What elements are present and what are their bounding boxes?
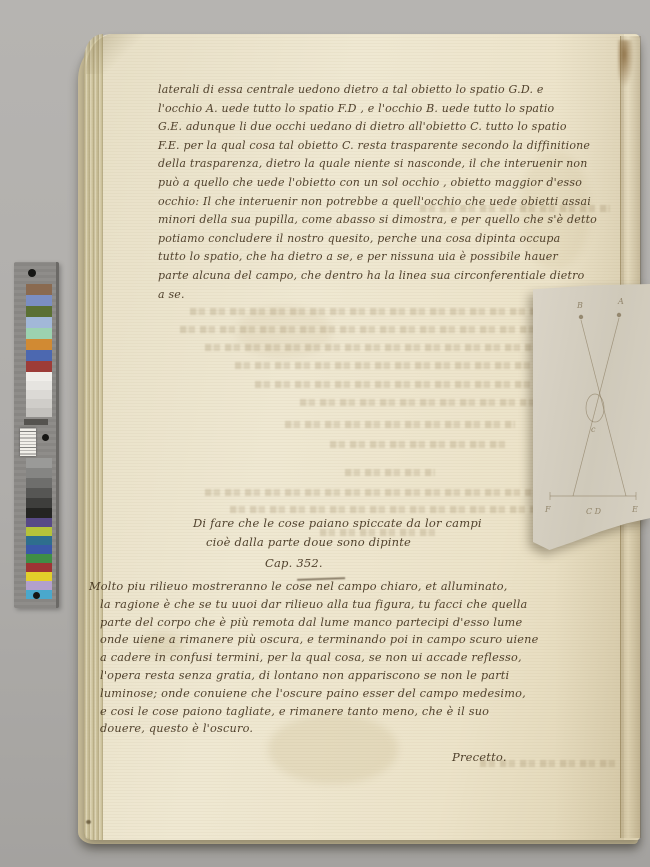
color-swatch bbox=[26, 527, 52, 536]
bleedthrough-line bbox=[330, 441, 510, 448]
color-swatch bbox=[26, 458, 52, 468]
chapter-number: Cap. 352. bbox=[265, 554, 533, 573]
diagram-label-b: B bbox=[576, 301, 583, 310]
color-swatch bbox=[26, 408, 52, 417]
color-swatch bbox=[26, 468, 52, 478]
bleedthrough-line bbox=[345, 469, 435, 476]
manuscript-line: F.E. per la qual cosa tal obietto C. res… bbox=[158, 137, 638, 156]
manuscript-line: può a quello che uede l'obietto con un s… bbox=[158, 174, 638, 193]
optical-diagram: B A c F C D E bbox=[533, 284, 650, 550]
color-swatch bbox=[26, 390, 52, 399]
color-swatch bbox=[26, 554, 52, 563]
closing-word: Precetto. bbox=[452, 750, 507, 764]
manuscript-line: e cosi le cose paiono tagliate, e rimane… bbox=[100, 703, 640, 721]
color-swatch bbox=[26, 518, 52, 527]
manuscript-line: douere, questo è l'oscuro. bbox=[100, 720, 640, 738]
color-swatch bbox=[26, 488, 52, 498]
color-swatch bbox=[26, 563, 52, 572]
manuscript-line: laterali di essa centrale uedono dietro … bbox=[158, 81, 638, 100]
paper-stain bbox=[236, 306, 332, 358]
manuscript-line: parte alcuna del campo, che dentro ha la… bbox=[158, 267, 638, 286]
inserted-flap-wrapper: B A c F C D E bbox=[533, 284, 650, 550]
color-swatch bbox=[26, 498, 52, 508]
manuscript-line: parte del corpo che è più remota dal lum… bbox=[100, 614, 640, 632]
color-swatch bbox=[26, 381, 52, 390]
color-swatch bbox=[26, 350, 52, 361]
diagram-label-f: F bbox=[544, 505, 551, 514]
calibration-swatches-gray bbox=[26, 458, 52, 518]
ink-speck bbox=[86, 820, 91, 824]
diagram-sightline bbox=[581, 320, 626, 496]
calibration-swatches-white bbox=[26, 372, 52, 417]
color-swatch bbox=[26, 536, 52, 545]
color-swatch bbox=[26, 572, 52, 581]
diagram-label-a: A bbox=[617, 297, 624, 306]
diagram-object-circle bbox=[586, 394, 604, 422]
calibration-swatches-lower bbox=[26, 458, 52, 599]
manuscript-line: la ragione è che se tu uuoi dar rilieuo … bbox=[100, 596, 640, 614]
manuscript-line: potiamo concludere il nostro quesito, pe… bbox=[158, 230, 638, 249]
color-swatch bbox=[26, 545, 52, 554]
color-swatch bbox=[26, 508, 52, 518]
color-swatch bbox=[26, 399, 52, 408]
color-calibration-bar bbox=[14, 262, 59, 608]
color-swatch bbox=[26, 295, 52, 306]
manuscript-line: minori della sua pupilla, come abasso si… bbox=[158, 211, 638, 230]
color-swatch bbox=[26, 581, 52, 590]
calibration-dot-icon bbox=[33, 592, 40, 599]
manuscript-line: occhio: Il che interuenir non potrebbe a… bbox=[158, 193, 638, 212]
diagram-sightline bbox=[573, 318, 619, 496]
manuscript-line: l'opera resta senza gratia, di lontano n… bbox=[100, 667, 640, 685]
manuscript-text-block-2: Molto piu rilieuo mostreranno le cose ne… bbox=[100, 578, 640, 738]
calibration-swatches-top bbox=[26, 284, 52, 372]
manuscript-line: l'occhio A. uede tutto lo spatio F.D , e… bbox=[158, 100, 638, 119]
manuscript-text-block-1: laterali di essa centrale uedono dietro … bbox=[158, 81, 638, 304]
inserted-paper-flap: B A c F C D E bbox=[533, 284, 650, 550]
diagram-point-b bbox=[579, 315, 583, 319]
color-swatch bbox=[26, 478, 52, 488]
color-swatch bbox=[26, 306, 52, 317]
chapter-heading-line-1: Di fare che le cose paiano spiccate da l… bbox=[193, 514, 533, 533]
calibration-slot bbox=[24, 419, 48, 425]
manuscript-line: G.E. adunque li due occhi uedano di diet… bbox=[158, 118, 638, 137]
color-swatch bbox=[26, 361, 52, 372]
calibration-dot-icon bbox=[28, 269, 36, 277]
color-swatch bbox=[26, 372, 52, 381]
chapter-heading: Di fare che le cose paiano spiccate da l… bbox=[193, 514, 533, 573]
manuscript-line: onde uiene a rimanere più oscura, e term… bbox=[100, 631, 640, 649]
diagram-label-c: c bbox=[591, 425, 596, 434]
color-swatch bbox=[26, 339, 52, 350]
manuscript-line: a cadere in confusi termini, per la qual… bbox=[100, 649, 640, 667]
calibration-swatches-bottom bbox=[26, 518, 52, 599]
manuscript-line: della trasparenza, dietro la quale nient… bbox=[158, 155, 638, 174]
diagram-label-cd: C D bbox=[586, 507, 602, 516]
chapter-heading-line-2: cioè dalla parte doue sono dipinte bbox=[206, 533, 533, 552]
manuscript-line: luminose; onde conuiene che l'oscure pai… bbox=[100, 685, 640, 703]
manuscript-line: tutto lo spatio, che ha dietro a se, e p… bbox=[158, 248, 638, 267]
top-left-corner-shading bbox=[86, 34, 156, 74]
color-swatch bbox=[26, 317, 52, 328]
color-swatch bbox=[26, 284, 52, 295]
calibration-label-sticker bbox=[20, 428, 36, 456]
calibration-dot-icon bbox=[42, 434, 49, 441]
bleedthrough-line bbox=[285, 421, 515, 428]
color-swatch bbox=[26, 328, 52, 339]
manuscript-line: Molto piu rilieuo mostreranno le cose ne… bbox=[89, 578, 640, 596]
diagram-point-a bbox=[617, 313, 621, 317]
diagram-label-e: E bbox=[631, 505, 638, 514]
calibration-swatches bbox=[26, 284, 52, 417]
